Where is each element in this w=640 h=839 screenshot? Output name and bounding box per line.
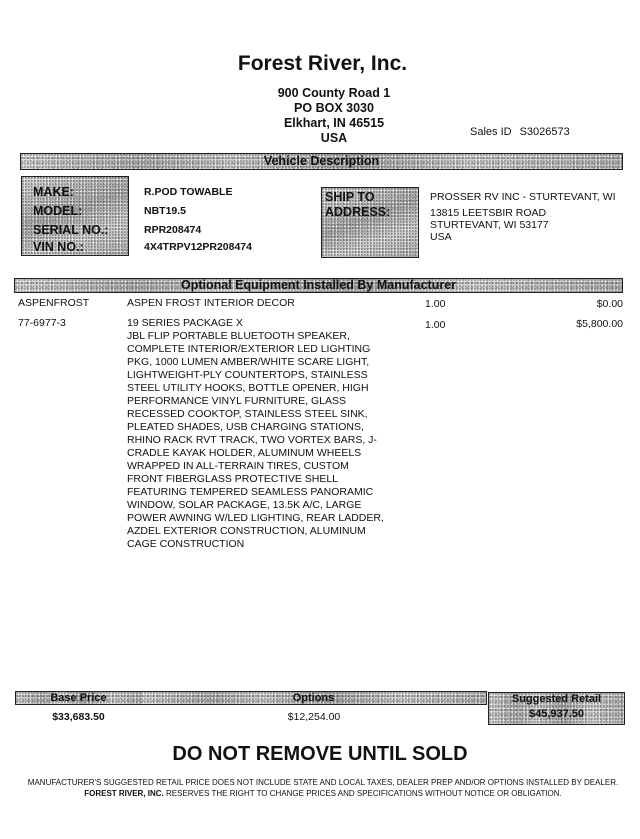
disclaimer-company: FOREST RIVER, INC. [84,789,164,798]
sales-id: Sales IDS3026573 [470,126,570,138]
description-line: LIGHTWEIGHT-PLY COUNTERTOPS, STAINLESS [127,369,417,382]
description-line: FEATURING TEMPERED SEAMLESS PANORAMIC [127,486,417,499]
suggested-retail-header: Suggested Retail [488,692,625,707]
ship-to-name: PROSSER RV INC - STURTEVANT, WI [430,191,616,203]
suggested-retail-value: $45,937.50 [488,706,625,725]
options-value: $12,254.00 [141,711,487,723]
disclaimer: MANUFACTURER'S SUGGESTED RETAIL PRICE DO… [18,777,628,799]
description-line: CAGE CONSTRUCTION [127,538,417,551]
description-line: RECESSED COOKTOP, STAINLESS STEEL SINK, [127,408,417,421]
vin-label: VIN NO.: [33,240,84,254]
ship-to-line: USA [430,231,616,243]
serial-value: RPR208474 [144,224,201,236]
description-line: STEEL UTILITY HOOKS, BOTTLE OPENER, HIGH [127,382,417,395]
sales-id-label: Sales ID [470,126,512,138]
description-line: RHINO RACK RVT TRACK, TWO VORTEX BARS, J… [127,434,417,447]
description-line: PKG, 1000 LUMEN AMBER/WHITE SCARE LIGHT, [127,356,417,369]
equipment-price: $5,800.00 [576,318,623,330]
description-line: AZDEL EXTERIOR CONSTRUCTION, ALUMINUM [127,525,417,538]
equipment-price: $0.00 [597,298,623,310]
description-line: COMPLETE INTERIOR/EXTERIOR LED LIGHTING [127,343,417,356]
description-line: CRADLE KAYAK HOLDER, ALUMINUM WHEELS [127,447,417,460]
ship-to-line: STURTEVANT, WI 53177 [430,219,616,231]
address-line: PO BOX 3030 [28,101,640,116]
sales-id-value: S3026573 [520,126,570,138]
equipment-description: ASPEN FROST INTERIOR DECOR [127,297,295,309]
description-line: JBL FLIP PORTABLE BLUETOOTH SPEAKER, [127,330,417,343]
ship-to-label-box: SHIP TO ADDRESS: [321,187,419,258]
description-line: WINDOW, SOLAR PACKAGE, 13.5K A/C, LARGE [127,499,417,512]
equipment-code: 77-6977-3 [18,317,66,329]
options-header: Options [141,691,487,705]
equipment-qty: 1.00 [425,319,445,331]
description-line: WRAPPED IN ALL-TERRAIN TIRES, CUSTOM [127,460,417,473]
model-value: NBT19.5 [144,205,186,217]
vin-value: 4X4TRPV12PR208474 [144,241,252,253]
description-line: PLEATED SHADES, USB CHARGING STATIONS, [127,421,417,434]
do-not-remove-notice: DO NOT REMOVE UNTIL SOLD [0,743,640,766]
make-label: MAKE: [33,185,74,199]
address-line: 900 County Road 1 [28,86,640,101]
description-line: POWER AWNING W/LED LIGHTING, REAR LADDER… [127,512,417,525]
vehicle-field-labels: MAKE: MODEL: SERIAL NO.: VIN NO.: [21,176,129,256]
serial-label: SERIAL NO.: [33,223,108,237]
company-name: Forest River, Inc. [0,52,640,76]
equipment-code: ASPENFROST [18,297,89,309]
ship-to-address: PROSSER RV INC - STURTEVANT, WI 13815 LE… [430,191,616,243]
equipment-qty: 1.00 [425,298,445,310]
base-price-value: $33,683.50 [15,711,142,723]
equipment-description: 19 SERIES PACKAGE XJBL FLIP PORTABLE BLU… [127,317,417,551]
disclaimer-text: MANUFACTURER'S SUGGESTED RETAIL PRICE DO… [28,778,618,787]
ship-to-line: 13815 LEETSBIR ROAD [430,207,616,219]
description-line: PERFORMANCE VINYL FURNITURE, GLASS [127,395,417,408]
description-line: FRONT FIBERGLASS PROTECTIVE SHELL [127,473,417,486]
model-label: MODEL: [33,204,82,218]
base-price-header: Base Price [15,691,142,705]
vehicle-description-header: Vehicle Description [20,153,623,170]
description-line: 19 SERIES PACKAGE X [127,317,417,330]
address-label: ADDRESS: [325,205,390,219]
ship-to-label: SHIP TO [325,190,375,204]
optional-equipment-header: Optional Equipment Installed By Manufact… [14,278,623,293]
make-value: R.POD TOWABLE [144,186,232,198]
disclaimer-text: RESERVES THE RIGHT TO CHANGE PRICES AND … [166,789,562,798]
